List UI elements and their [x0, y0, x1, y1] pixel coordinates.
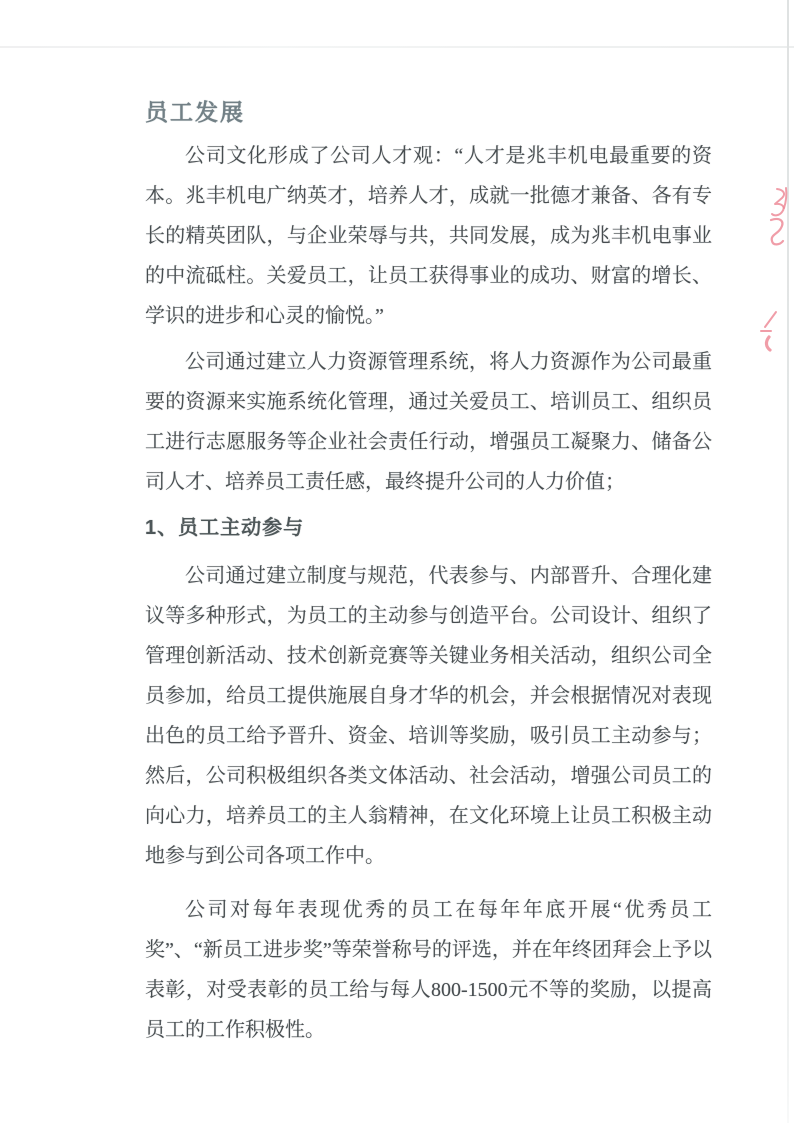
document-page: 员工发展 公司文化形成了公司人才观：“人才是兆丰机电最重要的资本。兆丰机电广纳英…: [0, 0, 794, 1123]
section-paragraph-1: 公司通过建立制度与规范，代表参与、内部晋升、合理化建议等多种形式，为员工的主动参…: [145, 556, 712, 876]
intro-paragraph-1: 公司文化形成了公司人才观：“人才是兆丰机电最重要的资本。兆丰机电广纳英才，培养人…: [145, 136, 712, 336]
handwritten-annotation-icon: [754, 306, 786, 354]
document-content: 员工发展 公司文化形成了公司人才观：“人才是兆丰机电最重要的资本。兆丰机电广纳英…: [145, 96, 712, 1050]
section-heading: 1、员工主动参与: [145, 514, 712, 542]
scan-artifact-vertical-line: [787, 0, 789, 1123]
intro-paragraph-2: 公司通过建立人力资源管理系统，将人力资源作为公司最重要的资源来实施系统化管理，通…: [145, 342, 712, 502]
page-title: 员工发展: [145, 96, 712, 128]
section-paragraph-2: 公司对每年表现优秀的员工在每年年底开展“优秀员工奖”、“新员工进步奖”等荣誉称号…: [145, 890, 712, 1050]
scan-artifact-horizontal-line: [0, 46, 794, 48]
